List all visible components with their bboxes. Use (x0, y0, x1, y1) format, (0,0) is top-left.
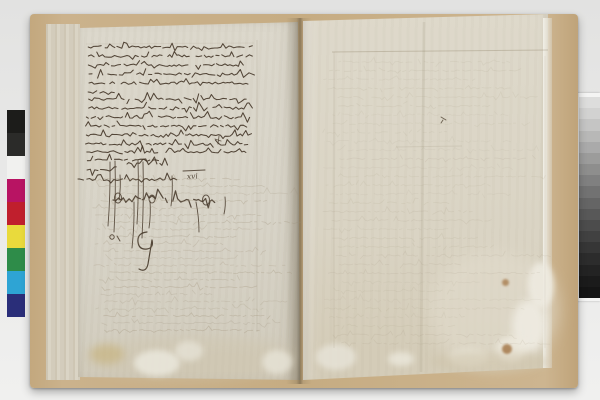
paper-stain (316, 344, 356, 370)
paper-stain (430, 352, 550, 372)
paper-stain (262, 350, 292, 374)
paper-stain (175, 341, 203, 361)
paper-stain (502, 279, 509, 286)
manuscript-photograph: xvi (0, 0, 600, 400)
paper-stain (502, 344, 512, 354)
paper-stain (134, 350, 180, 376)
paper-stain (90, 344, 124, 364)
paper-stain (388, 352, 414, 366)
stain-layer (0, 0, 600, 400)
